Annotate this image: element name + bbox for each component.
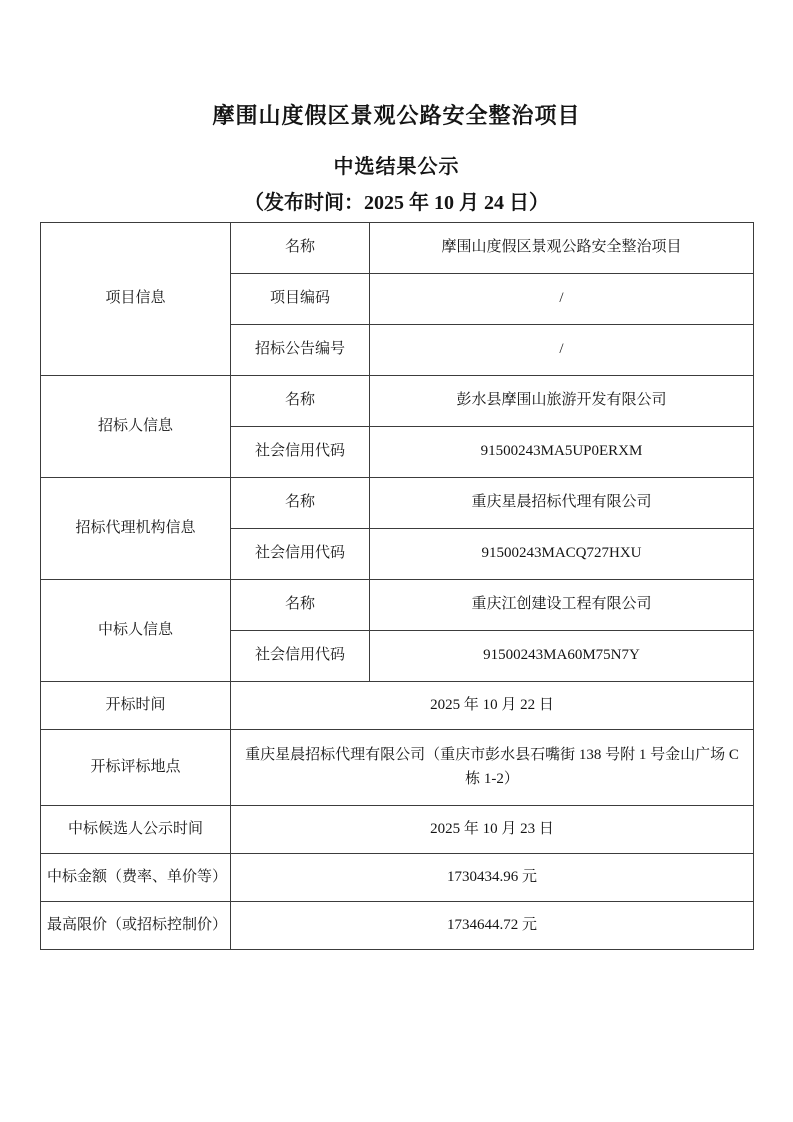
row-label-evaluation-venue: 开标评标地点 (41, 730, 231, 806)
field-label: 项目编码 (231, 274, 370, 325)
row-value: 2025 年 10 月 23 日 (231, 806, 754, 854)
row-value: 1730434.96 元 (231, 854, 754, 902)
field-value: 彭水县摩围山旅游开发有限公司 (370, 376, 754, 427)
table-row: 开标时间 2025 年 10 月 22 日 (41, 682, 754, 730)
section-label-project-info: 项目信息 (41, 223, 231, 376)
table-row: 招标代理机构信息 名称 重庆星晨招标代理有限公司 (41, 478, 754, 529)
field-value: / (370, 325, 754, 376)
publish-date-line: （发布时间：2025 年 10 月 24 日） (0, 186, 793, 215)
field-label: 名称 (231, 223, 370, 274)
row-value: 1734644.72 元 (231, 902, 754, 950)
field-value: 91500243MACQ727HXU (370, 529, 754, 580)
section-label-winner-info: 中标人信息 (41, 580, 231, 682)
table-row: 中标候选人公示时间 2025 年 10 月 23 日 (41, 806, 754, 854)
row-label-price-ceiling: 最高限价（或招标控制价） (41, 902, 231, 950)
field-label: 招标公告编号 (231, 325, 370, 376)
document-title: 摩围山度假区景观公路安全整治项目 (0, 99, 793, 130)
field-value: 摩围山度假区景观公路安全整治项目 (370, 223, 754, 274)
field-label: 名称 (231, 580, 370, 631)
document-subtitle: 中选结果公示 (0, 150, 793, 179)
row-label-bid-opening-time: 开标时间 (41, 682, 231, 730)
row-value: 重庆星晨招标代理有限公司（重庆市彭水县石嘴街 138 号附 1 号金山广场 C … (231, 730, 754, 806)
field-value: 重庆江创建设工程有限公司 (370, 580, 754, 631)
table-row: 项目信息 名称 摩围山度假区景观公路安全整治项目 (41, 223, 754, 274)
field-value: 91500243MA60M75N7Y (370, 631, 754, 682)
field-label: 社会信用代码 (231, 631, 370, 682)
table-row: 中标金额（费率、单价等） 1730434.96 元 (41, 854, 754, 902)
bid-result-table: 项目信息 名称 摩围山度假区景观公路安全整治项目 项目编码 / 招标公告编号 /… (40, 222, 754, 950)
field-value: 91500243MA5UP0ERXM (370, 427, 754, 478)
field-value: 重庆星晨招标代理有限公司 (370, 478, 754, 529)
table-row: 中标人信息 名称 重庆江创建设工程有限公司 (41, 580, 754, 631)
section-label-tenderer-info: 招标人信息 (41, 376, 231, 478)
field-label: 社会信用代码 (231, 427, 370, 478)
field-label: 社会信用代码 (231, 529, 370, 580)
table-row: 最高限价（或招标控制价） 1734644.72 元 (41, 902, 754, 950)
field-value: / (370, 274, 754, 325)
table-row: 开标评标地点 重庆星晨招标代理有限公司（重庆市彭水县石嘴街 138 号附 1 号… (41, 730, 754, 806)
section-label-agency-info: 招标代理机构信息 (41, 478, 231, 580)
row-label-winning-amount: 中标金额（费率、单价等） (41, 854, 231, 902)
row-value: 2025 年 10 月 22 日 (231, 682, 754, 730)
document-page: 摩围山度假区景观公路安全整治项目 中选结果公示 （发布时间：2025 年 10 … (0, 0, 793, 1122)
row-label-candidate-publicity-time: 中标候选人公示时间 (41, 806, 231, 854)
field-label: 名称 (231, 478, 370, 529)
field-label: 名称 (231, 376, 370, 427)
table-row: 招标人信息 名称 彭水县摩围山旅游开发有限公司 (41, 376, 754, 427)
